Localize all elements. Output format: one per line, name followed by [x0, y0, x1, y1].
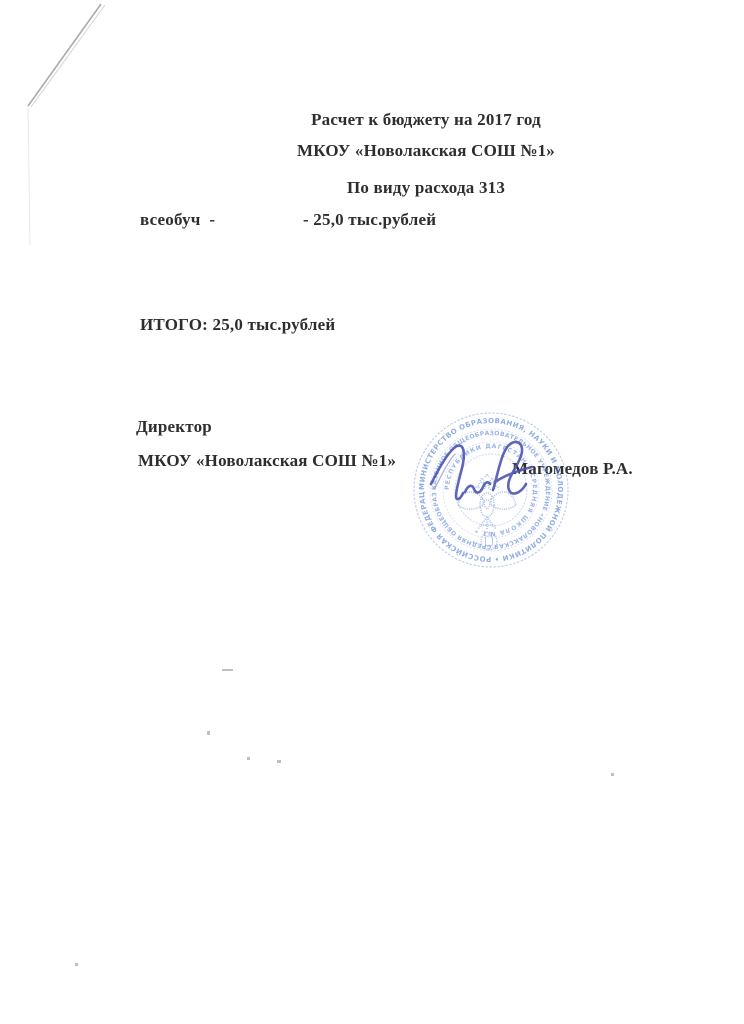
allotment-value: - 25,0 тыс.рублей: [303, 210, 436, 230]
allotment-label: всеобуч -: [140, 210, 215, 230]
scan-speck: [222, 669, 233, 671]
scan-speck: [75, 963, 78, 966]
signer-position-line-1: Директор: [136, 417, 212, 437]
director-signature: [425, 430, 555, 515]
doc-title-line-2: МКОУ «Новолакская СОШ №1»: [106, 141, 744, 161]
scan-speck: [207, 731, 210, 735]
doc-title-line-3: По виду расхода 313: [106, 178, 744, 198]
scan-speck: [247, 757, 250, 760]
doc-title-line-1: Расчет к бюджету на 2017 год: [106, 110, 744, 130]
total-line: ИТОГО: 25,0 тыс.рублей: [140, 315, 335, 335]
signer-position-line-2: МКОУ «Новолакская СОШ №1»: [138, 451, 396, 471]
scan-fold-line: [0, 0, 130, 260]
scanned-document-page: Расчет к бюджету на 2017 год МКОУ «Новол…: [0, 0, 744, 1024]
scan-speck: [611, 773, 614, 776]
scan-speck: [277, 760, 281, 763]
